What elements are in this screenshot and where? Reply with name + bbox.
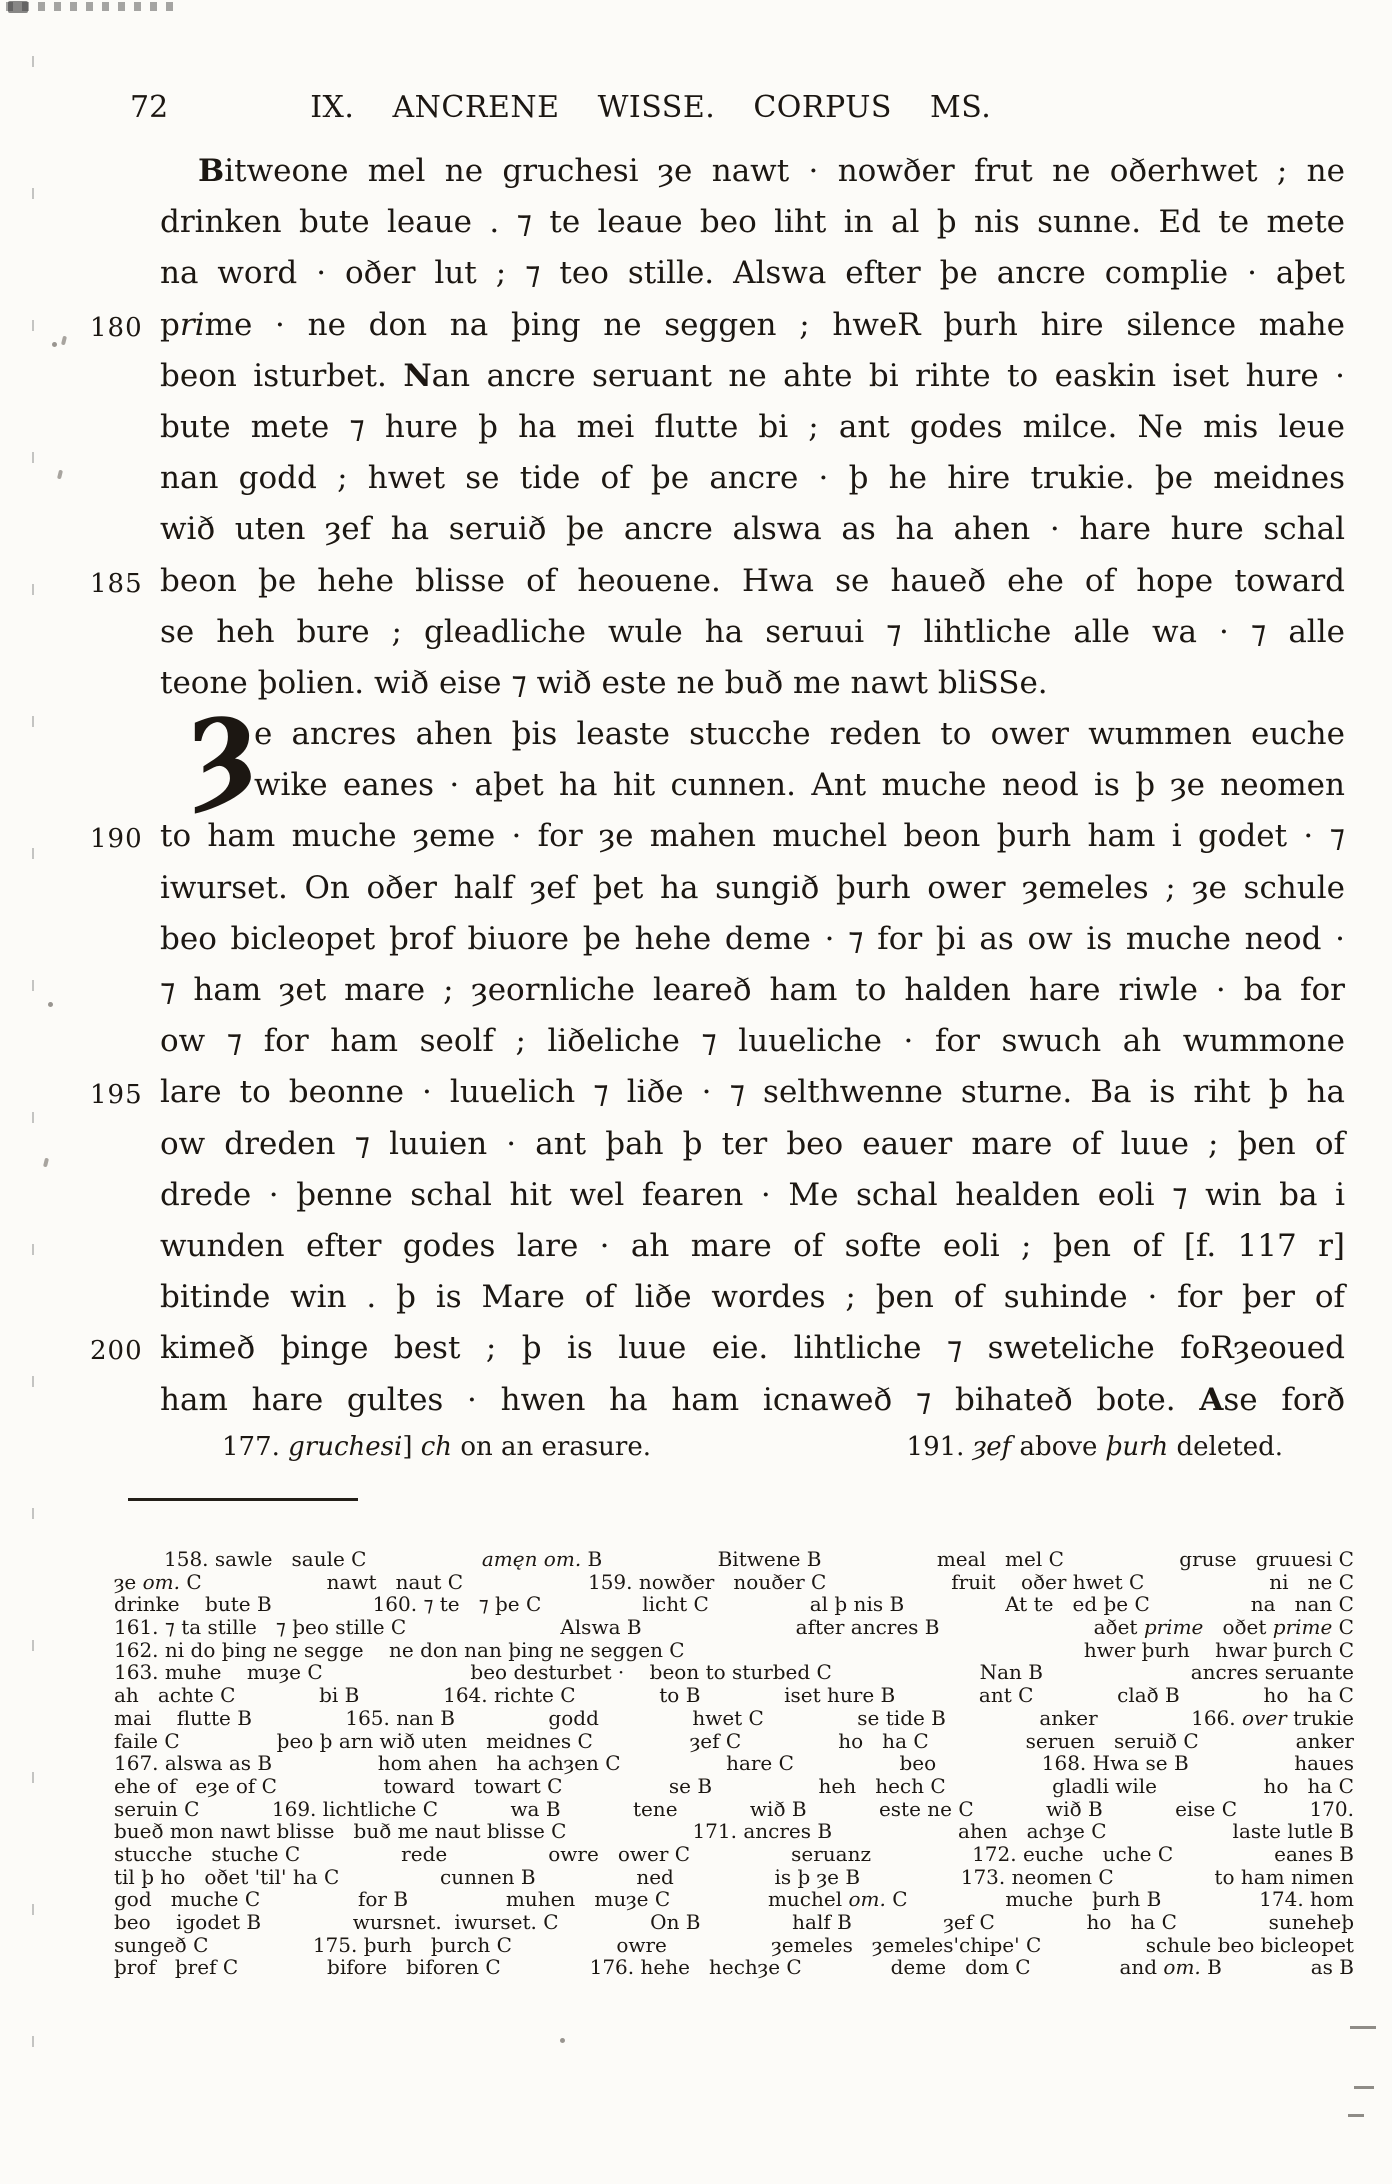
- apparatus-entry: eanes B: [1274, 1843, 1354, 1866]
- apparatus-entry: toward towart C: [383, 1775, 562, 1798]
- text-segment: stucche stuche C: [114, 1842, 300, 1866]
- text-segment: ham hare gultes · hwen ha ham icnaweð ⁊ …: [160, 1382, 1199, 1418]
- apparatus-entry: muchel om. C: [768, 1888, 908, 1911]
- main-text: Bitweone mel ne gruchesi ȝe nawt · nowðe…: [160, 146, 1345, 1426]
- text-segment: 170.: [1309, 1797, 1354, 1821]
- apparatus-entry: eise C: [1175, 1798, 1237, 1821]
- apparatus-entry: al þ nis B: [810, 1593, 904, 1616]
- text-segment: half B: [792, 1910, 852, 1934]
- text-segment: ancres seruante: [1191, 1660, 1354, 1684]
- scan-artifact: [32, 56, 34, 2096]
- apparatus-entry: til þ ho oðet 'til' ha C: [114, 1866, 339, 1889]
- apparatus-entry: muhen muȝe C: [506, 1888, 670, 1911]
- text-segment: ant C: [979, 1683, 1034, 1707]
- text-segment: after ancres B: [796, 1615, 940, 1639]
- text-line: 185beon þe hehe blisse of heouene. Hwa s…: [160, 556, 1345, 607]
- text-segment: 160. ⁊ te ⁊ þe C: [373, 1592, 542, 1616]
- apparatus-entry: meal mel C: [937, 1548, 1064, 1571]
- text-segment: ow ⁊ for ham seolf ; liðeliche ⁊ luuelic…: [160, 1023, 1345, 1059]
- apparatus-entry: 160. ⁊ te ⁊ þe C: [373, 1593, 542, 1616]
- apparatus-entry: 170.: [1309, 1798, 1354, 1821]
- text-segment: toward towart C: [383, 1774, 562, 1798]
- text-segment: aðet: [1094, 1615, 1144, 1639]
- apparatus-entry: ȝef C: [944, 1911, 995, 1934]
- text-segment: owre: [616, 1933, 667, 1957]
- text-segment: for B: [358, 1887, 408, 1911]
- apparatus-line: god muche Cfor Bmuhen muȝe Cmuchel om. C…: [114, 1888, 1354, 1911]
- page-number: 72: [130, 90, 168, 125]
- text-segment: fruit oðer hwet C: [951, 1570, 1144, 1594]
- apparatus-entry: 162. ni do þing ne segge ne don nan þing…: [114, 1639, 685, 1662]
- apparatus-line: 161. ⁊ ta stille ⁊ þeo stille CAlswa Baf…: [114, 1616, 1354, 1639]
- apparatus-entry: after ancres B: [796, 1616, 940, 1639]
- text-segment: godd: [548, 1706, 598, 1730]
- text-segment: 175. þurh þurch C: [313, 1933, 512, 1957]
- apparatus-entry: owre: [616, 1934, 667, 1957]
- scan-artifact: [48, 1002, 53, 1007]
- margin-line-number: 195: [90, 1070, 143, 1121]
- apparatus-entry: wa B: [510, 1798, 560, 1821]
- apparatus-entry: laste lutle B: [1233, 1820, 1354, 1843]
- text-segment: above: [1011, 1432, 1105, 1462]
- apparatus-entry: hare C: [726, 1752, 794, 1775]
- apparatus-entry: Bitwene B: [718, 1548, 822, 1571]
- text-segment: suneheþ: [1269, 1910, 1354, 1934]
- apparatus-entry: nawt naut C: [327, 1571, 463, 1594]
- apparatus-entry: wursnet. iwurset. C: [353, 1911, 559, 1934]
- text-segment: licht C: [642, 1592, 709, 1616]
- text-segment: beon þe hehe blisse of heouene. Hwa se h…: [160, 563, 1345, 599]
- text-line: bute mete ⁊ hure þ ha mei flutte bi ; an…: [160, 402, 1345, 453]
- text-segment: cunnen B: [440, 1865, 536, 1889]
- text-line: Ȝe ancres ahen þis leaste stucche reden …: [160, 709, 1345, 760]
- text-segment: eise C: [1175, 1797, 1237, 1821]
- apparatus-entry: amęn om. B: [482, 1548, 602, 1571]
- margin-line-number: 200: [90, 1326, 143, 1377]
- text-line: drinken bute leaue . ⁊ te leaue beo liht…: [160, 197, 1345, 248]
- text-segment: este ne C: [879, 1797, 974, 1821]
- apparatus-line: 158. sawle saule Camęn om. BBitwene Bmea…: [114, 1548, 1354, 1571]
- text-segment: ned: [636, 1865, 674, 1889]
- text-segment: iwurset. On oðer half ȝef þet ha sungið …: [160, 870, 1345, 906]
- apparatus-entry: ho ha C: [1086, 1911, 1176, 1934]
- text-line: 190to ham muche ȝeme · for ȝe mahen much…: [160, 811, 1345, 862]
- apparatus-entry: ancres seruante: [1191, 1661, 1354, 1684]
- apparatus-entry: ho ha C: [838, 1730, 928, 1753]
- text-segment: om.: [848, 1887, 885, 1911]
- text-segment: tene: [633, 1797, 678, 1821]
- apparatus-line: mai flutte B165. nan Bgoddhwet Cse tide …: [114, 1707, 1354, 1730]
- apparatus-entry: schule beo bicleopet: [1146, 1934, 1354, 1957]
- text-segment: om.: [143, 1570, 180, 1594]
- text-segment: anker: [1296, 1729, 1354, 1753]
- text-segment: is þ ȝe B: [775, 1865, 861, 1889]
- text-line: 200kimeð þinge best ; þ is luue eie. lih…: [160, 1323, 1345, 1374]
- text-segment: nawt naut C: [327, 1570, 463, 1594]
- apparatus-line: til þ ho oðet 'til' ha Ccunnen Bnedis þ …: [114, 1866, 1354, 1889]
- text-segment: ah achte C: [114, 1683, 235, 1707]
- text-segment: ch: [421, 1432, 452, 1462]
- text-segment: haues: [1294, 1751, 1354, 1775]
- text-segment: 165. nan B: [345, 1706, 455, 1730]
- text-line: beo bicleopet þrof biuore þe hehe deme ·…: [160, 914, 1345, 965]
- text-segment: nan godd ; hwet se tide of þe ancre · þ …: [160, 460, 1345, 496]
- text-segment: to B: [659, 1683, 700, 1707]
- text-segment: þeo þ arn wið uten meidnes C: [277, 1729, 593, 1753]
- apparatus-line: faile Cþeo þ arn wið uten meidnes Cȝef C…: [114, 1730, 1354, 1753]
- apparatus-line: ah achte Cbi B164. richte Cto Biset hure…: [114, 1684, 1354, 1707]
- text-segment: At te ed þe C: [1005, 1592, 1150, 1616]
- scan-artifact: [57, 470, 63, 480]
- scan-artifact: [6, 2, 176, 11]
- apparatus-entry: gladli wile: [1052, 1775, 1157, 1798]
- apparatus-entry: drinke bute B: [114, 1593, 272, 1616]
- apparatus-entry: At te ed þe C: [1005, 1593, 1150, 1616]
- apparatus-entry: þrof þref C: [114, 1956, 238, 1979]
- apparatus-entry: Nan B: [980, 1661, 1043, 1684]
- text-segment: A: [1199, 1382, 1223, 1418]
- text-segment: 162. ni do þing ne segge ne don nan þing…: [114, 1638, 685, 1662]
- apparatus-entry: 159. nowðer nouðer C: [588, 1571, 826, 1594]
- text-segment: bifore biforen C: [327, 1955, 501, 1979]
- apparatus-entry: half B: [792, 1911, 852, 1934]
- apparatus-line: bueð mon nawt blisse buð me naut blisse …: [114, 1820, 1354, 1843]
- text-segment: 177.: [222, 1432, 288, 1462]
- text-segment: bitinde win . þ is Mare of liðe wordes ;…: [160, 1279, 1345, 1315]
- text-line: nan godd ; hwet se tide of þe ancre · þ …: [160, 453, 1345, 504]
- text-line: wið uten ȝef ha seruið þe ancre alswa as…: [160, 504, 1345, 555]
- text-segment: seruen seruið C: [1026, 1729, 1199, 1753]
- text-segment: anker: [1039, 1706, 1097, 1730]
- critical-apparatus: 158. sawle saule Camęn om. BBitwene Bmea…: [114, 1548, 1354, 1979]
- text-segment: seruin C: [114, 1797, 199, 1821]
- apparatus-entry: aðet prime oðet prime C: [1094, 1616, 1354, 1639]
- apparatus-entry: rede: [401, 1843, 447, 1866]
- text-segment: 173. neomen C: [961, 1865, 1114, 1889]
- apparatus-line: ehe of eȝe of Ctoward towart Cse Bheh he…: [114, 1775, 1354, 1798]
- text-segment: na nan C: [1251, 1592, 1354, 1616]
- text-segment: þrof þref C: [114, 1955, 238, 1979]
- scan-artifact: [43, 1158, 49, 1168]
- apparatus-line: 167. alswa as Bhom ahen ha achȝen Chare …: [114, 1752, 1354, 1775]
- text-segment: wa B: [510, 1797, 560, 1821]
- apparatus-entry: muche þurh B: [1005, 1888, 1161, 1911]
- apparatus-entry: ni ne C: [1269, 1571, 1354, 1594]
- text-line: 195lare to beonne · luuelich ⁊ liðe · ⁊ …: [160, 1067, 1345, 1118]
- text-segment: hom ahen ha achȝen C: [378, 1751, 621, 1775]
- apparatus-entry: 175. þurh þurch C: [313, 1934, 512, 1957]
- text-segment: deleted.: [1168, 1432, 1283, 1462]
- text-segment: 164. richte C: [443, 1683, 575, 1707]
- apparatus-entry: anker: [1039, 1707, 1097, 1730]
- apparatus-entry: 176. hehe hechȝe C: [590, 1956, 802, 1979]
- scan-artifact: [8, 1, 28, 13]
- text-segment: ho ha C: [1263, 1683, 1353, 1707]
- text-segment: wursnet. iwurset. C: [353, 1910, 559, 1934]
- apparatus-entry: beo desturbet · beon to sturbed C: [470, 1661, 831, 1684]
- text-segment: 168. Hwa se B: [1042, 1751, 1189, 1775]
- margin-line-number: 190: [90, 814, 143, 865]
- text-segment: bi B: [319, 1683, 359, 1707]
- text-segment: C: [886, 1887, 908, 1911]
- text-segment: ow dreden ⁊ luuien · ant þah þ ter beo e…: [160, 1126, 1345, 1162]
- text-line: wike eanes · aþet ha hit cunnen. Ant muc…: [160, 760, 1345, 811]
- text-segment: heh hech C: [819, 1774, 946, 1798]
- text-segment: me · ne don na þing ne seggen ; hweR þur…: [205, 307, 1345, 343]
- apparatus-entry: 169. lichtliche C: [272, 1798, 438, 1821]
- text-segment: 166.: [1191, 1706, 1242, 1730]
- text-segment: 176. hehe hechȝe C: [590, 1955, 802, 1979]
- apparatus-line: 162. ni do þing ne segge ne don nan þing…: [114, 1639, 1354, 1662]
- text-segment: om.: [1163, 1955, 1200, 1979]
- text-segment: Alswa B: [560, 1615, 641, 1639]
- apparatus-entry: and om. B: [1119, 1956, 1221, 1979]
- text-segment: al þ nis B: [810, 1592, 904, 1616]
- text-segment: ho ha C: [838, 1729, 928, 1753]
- text-segment: owre ower C: [548, 1842, 690, 1866]
- apparatus-entry: clað B: [1117, 1684, 1180, 1707]
- text-segment: ni ne C: [1269, 1570, 1354, 1594]
- text-segment: clað B: [1117, 1683, 1180, 1707]
- apparatus-entry: 167. alswa as B: [114, 1752, 272, 1775]
- apparatus-entry: bi B: [319, 1684, 359, 1707]
- apparatus-entry: ho ha C: [1263, 1684, 1353, 1707]
- text-segment: teone þolien. wið eise ⁊ wið este ne buð…: [160, 665, 1048, 701]
- text-segment: hare C: [726, 1751, 794, 1775]
- text-segment: drinke bute B: [114, 1592, 272, 1616]
- text-segment: B: [581, 1547, 602, 1571]
- apparatus-entry: for B: [358, 1888, 408, 1911]
- apparatus-line: beo igodet Bwursnet. iwurset. COn Bhalf …: [114, 1911, 1354, 1934]
- text-segment: wið B: [750, 1797, 807, 1821]
- text-segment: na word · oðer lut ; ⁊ teo stille. Alswa…: [160, 255, 1345, 291]
- text-segment: C: [1332, 1615, 1354, 1639]
- apparatus-entry: to B: [659, 1684, 700, 1707]
- text-line: na word · oðer lut ; ⁊ teo stille. Alswa…: [160, 248, 1345, 299]
- text-line: bitinde win . þ is Mare of liðe wordes ;…: [160, 1272, 1345, 1323]
- text-segment: ehe of eȝe of C: [114, 1774, 277, 1798]
- text-segment: iset hure B: [784, 1683, 895, 1707]
- text-segment: B: [198, 153, 224, 189]
- text-segment: ȝe: [114, 1570, 143, 1594]
- text-line: ⁊ ham ȝet mare ; ȝeornliche leareð ham t…: [160, 965, 1345, 1016]
- text-segment: wið uten ȝef ha seruið þe ancre alswa as…: [160, 511, 1345, 547]
- apparatus-entry: 164. richte C: [443, 1684, 575, 1707]
- text-line: 180prime · ne don na þing ne seggen ; hw…: [160, 300, 1345, 351]
- text-segment: sungeð C: [114, 1933, 208, 1957]
- apparatus-entry: bueð mon nawt blisse buð me naut blisse …: [114, 1820, 566, 1843]
- apparatus-entry: ahen achȝe C: [958, 1820, 1107, 1843]
- apparatus-entry: anker: [1296, 1730, 1354, 1753]
- apparatus-entry: haues: [1294, 1752, 1354, 1775]
- text-segment: 172. euche uche C: [972, 1842, 1173, 1866]
- text-segment: amęn om.: [482, 1547, 581, 1571]
- apparatus-entry: licht C: [642, 1593, 709, 1616]
- editorial-notes: 177. gruchesi] ch on an erasure. 191. ȝe…: [160, 1430, 1345, 1464]
- text-segment: 159. nowðer nouðer C: [588, 1570, 826, 1594]
- text-segment: eanes B: [1274, 1842, 1354, 1866]
- text-segment: wið B: [1046, 1797, 1103, 1821]
- apparatus-entry: þeo þ arn wið uten meidnes C: [277, 1730, 593, 1753]
- text-segment: faile C: [114, 1729, 180, 1753]
- text-segment: hwer þurh hwar þurch C: [1084, 1638, 1354, 1662]
- apparatus-entry: On B: [650, 1911, 700, 1934]
- apparatus-line: 163. muhe muȝe Cbeo desturbet · beon to …: [114, 1661, 1354, 1684]
- apparatus-entry: 158. sawle saule C: [164, 1548, 366, 1571]
- apparatus-entry: hwer þurh hwar þurch C: [1084, 1639, 1354, 1662]
- text-segment: to ham nimen: [1214, 1865, 1354, 1889]
- scan-artifact: [1354, 2086, 1374, 2089]
- apparatus-entry: 166. over trukie: [1191, 1707, 1354, 1730]
- apparatus-entry: mai flutte B: [114, 1707, 252, 1730]
- apparatus-entry: cunnen B: [440, 1866, 536, 1889]
- apparatus-entry: ned: [636, 1866, 674, 1889]
- apparatus-entry: faile C: [114, 1730, 180, 1753]
- apparatus-entry: 174. hom: [1259, 1888, 1354, 1911]
- apparatus-line: sungeð C175. þurh þurch Cowreȝemeles ȝem…: [114, 1934, 1354, 1957]
- editorial-note-right: 191. ȝef above þurh deleted.: [907, 1430, 1283, 1464]
- text-segment: seruanz: [791, 1842, 871, 1866]
- text-segment: Bitwene B: [718, 1547, 822, 1571]
- text-segment: ⁊ ham ȝet mare ; ȝeornliche leareð ham t…: [160, 972, 1345, 1008]
- text-segment: ho ha C: [1263, 1774, 1353, 1798]
- apparatus-line: stucche stuche Credeowre ower Cseruanz17…: [114, 1843, 1354, 1866]
- text-segment: wunden efter godes lare · ah mare of sof…: [160, 1228, 1345, 1264]
- apparatus-entry: wið B: [750, 1798, 807, 1821]
- text-segment: bueð mon nawt blisse buð me naut blisse …: [114, 1819, 566, 1843]
- apparatus-entry: 163. muhe muȝe C: [114, 1661, 323, 1684]
- apparatus-entry: 165. nan B: [345, 1707, 455, 1730]
- apparatus-entry: ah achte C: [114, 1684, 235, 1707]
- text-segment: bute mete ⁊ hure þ ha mei flutte bi ; an…: [160, 409, 1345, 445]
- editorial-note-left: 177. gruchesi] ch on an erasure.: [222, 1430, 651, 1464]
- apparatus-entry: tene: [633, 1798, 678, 1821]
- text-segment: god muche C: [114, 1887, 260, 1911]
- text-segment: to ham muche ȝeme · for ȝe mahen muchel …: [160, 818, 1345, 854]
- text-segment: p: [160, 307, 180, 343]
- text-segment: Nan B: [980, 1660, 1043, 1684]
- text-segment: an ancre seruant ne ahte bi rihte to eas…: [432, 358, 1345, 394]
- text-segment: gruchesi: [288, 1432, 402, 1462]
- text-segment: deme dom C: [891, 1955, 1031, 1979]
- apparatus-line: þrof þref Cbifore biforen C176. hehe hec…: [114, 1956, 1354, 1979]
- text-line: ow ⁊ for ham seolf ; liðeliche ⁊ luuelic…: [160, 1016, 1345, 1067]
- text-segment: ȝef: [973, 1432, 1012, 1462]
- margin-line-number: 180: [90, 303, 143, 354]
- text-segment: ȝef C: [944, 1910, 995, 1934]
- text-segment: 161. ⁊ ta stille ⁊ þeo stille C: [114, 1615, 406, 1639]
- apparatus-entry: as B: [1311, 1956, 1354, 1979]
- text-segment: gladli wile: [1052, 1774, 1157, 1798]
- text-segment: gruse gruuesi C: [1179, 1547, 1354, 1571]
- scan-artifact: [61, 336, 67, 346]
- text-segment: as B: [1311, 1955, 1354, 1979]
- apparatus-entry: ȝe om. C: [114, 1571, 202, 1594]
- text-segment: til þ ho oðet 'til' ha C: [114, 1865, 339, 1889]
- text-segment: 171. ancres B: [692, 1819, 832, 1843]
- text-line: Bitweone mel ne gruchesi ȝe nawt · nowðe…: [160, 146, 1345, 197]
- text-segment: ho ha C: [1086, 1910, 1176, 1934]
- apparatus-entry: beo igodet B: [114, 1911, 261, 1934]
- apparatus-entry: Alswa B: [560, 1616, 641, 1639]
- text-segment: On B: [650, 1910, 700, 1934]
- text-segment: se heh bure ; gleadliche wule ha seruui …: [160, 614, 1345, 650]
- text-line: drede · þenne schal hit wel fearen · Me …: [160, 1170, 1345, 1221]
- apparatus-entry: heh hech C: [819, 1775, 946, 1798]
- text-segment: drinken bute leaue . ⁊ te leaue beo liht…: [160, 204, 1345, 240]
- text-segment: laste lutle B: [1233, 1819, 1354, 1843]
- apparatus-entry: sungeð C: [114, 1934, 208, 1957]
- apparatus-entry: gruse gruuesi C: [1179, 1548, 1354, 1571]
- apparatus-entry: beo: [900, 1752, 937, 1775]
- apparatus-entry: seruanz: [791, 1843, 871, 1866]
- scan-artifact: [1350, 2026, 1376, 2029]
- text-segment: mai flutte B: [114, 1706, 252, 1730]
- text-segment: beon isturbet.: [160, 358, 403, 394]
- apparatus-entry: seruin C: [114, 1798, 199, 1821]
- apparatus-separator-rule: [128, 1498, 358, 1501]
- text-segment: ȝemeles ȝemeles'chipe' C: [771, 1933, 1041, 1957]
- text-segment: ]: [402, 1432, 420, 1462]
- text-segment: þurh: [1106, 1432, 1169, 1462]
- text-line: iwurset. On oðer half ȝef þet ha sungið …: [160, 863, 1345, 914]
- apparatus-entry: to ham nimen: [1214, 1866, 1354, 1889]
- text-segment: wike eanes · aþet ha hit cunnen. Ant muc…: [254, 767, 1345, 803]
- apparatus-entry: god muche C: [114, 1888, 260, 1911]
- text-segment: N: [403, 358, 431, 394]
- text-segment: drede · þenne schal hit wel fearen · Me …: [160, 1177, 1345, 1213]
- apparatus-line: seruin C169. lichtliche Cwa Btenewið Bes…: [114, 1798, 1354, 1821]
- text-segment: beo igodet B: [114, 1910, 261, 1934]
- text-segment: on an erasure.: [452, 1432, 651, 1462]
- text-segment: rede: [401, 1842, 447, 1866]
- apparatus-entry: ehe of eȝe of C: [114, 1775, 277, 1798]
- text-segment: 158. sawle saule C: [164, 1547, 366, 1571]
- text-segment: muche þurh B: [1005, 1887, 1161, 1911]
- text-segment: ȝef C: [690, 1729, 741, 1753]
- scan-artifact: [560, 2038, 565, 2043]
- apparatus-entry: is þ ȝe B: [775, 1866, 861, 1889]
- text-segment: se tide B: [857, 1706, 946, 1730]
- apparatus-line: drinke bute B160. ⁊ te ⁊ þe Clicht Cal þ…: [114, 1593, 1354, 1616]
- text-segment: ahen achȝe C: [958, 1819, 1107, 1843]
- text-segment: 167. alswa as B: [114, 1751, 272, 1775]
- text-segment: itweone mel ne gruchesi ȝe nawt · nowðer…: [224, 153, 1345, 189]
- text-segment: beo: [900, 1751, 937, 1775]
- apparatus-entry: bifore biforen C: [327, 1956, 501, 1979]
- text-line: ham hare gultes · hwen ha ham icnaweð ⁊ …: [160, 1375, 1345, 1426]
- apparatus-entry: hwet C: [692, 1707, 764, 1730]
- text-segment: lare to beonne · luuelich ⁊ liðe · ⁊ sel…: [160, 1074, 1345, 1110]
- text-segment: muchel: [768, 1887, 849, 1911]
- text-segment: se B: [669, 1774, 712, 1798]
- apparatus-entry: seruen seruið C: [1026, 1730, 1199, 1753]
- apparatus-line: ȝe om. Cnawt naut C159. nowðer nouðer Cf…: [114, 1571, 1354, 1594]
- running-head: 72 IX. ANCRENE WISSE. CORPUS MS.: [130, 90, 1352, 125]
- text-segment: B: [1201, 1955, 1222, 1979]
- text-segment: 174. hom: [1259, 1887, 1354, 1911]
- apparatus-entry: 173. neomen C: [961, 1866, 1114, 1889]
- apparatus-entry: fruit oðer hwet C: [951, 1571, 1144, 1594]
- apparatus-entry: 172. euche uche C: [972, 1843, 1173, 1866]
- text-line: beon isturbet. Nan ancre seruant ne ahte…: [160, 351, 1345, 402]
- book-page: 72 IX. ANCRENE WISSE. CORPUS MS. Bitweon…: [0, 0, 1392, 2184]
- text-segment: and: [1119, 1955, 1163, 1979]
- apparatus-entry: godd: [548, 1707, 598, 1730]
- apparatus-entry: 161. ⁊ ta stille ⁊ þeo stille C: [114, 1616, 406, 1639]
- margin-line-number: 185: [90, 559, 143, 610]
- apparatus-entry: wið B: [1046, 1798, 1103, 1821]
